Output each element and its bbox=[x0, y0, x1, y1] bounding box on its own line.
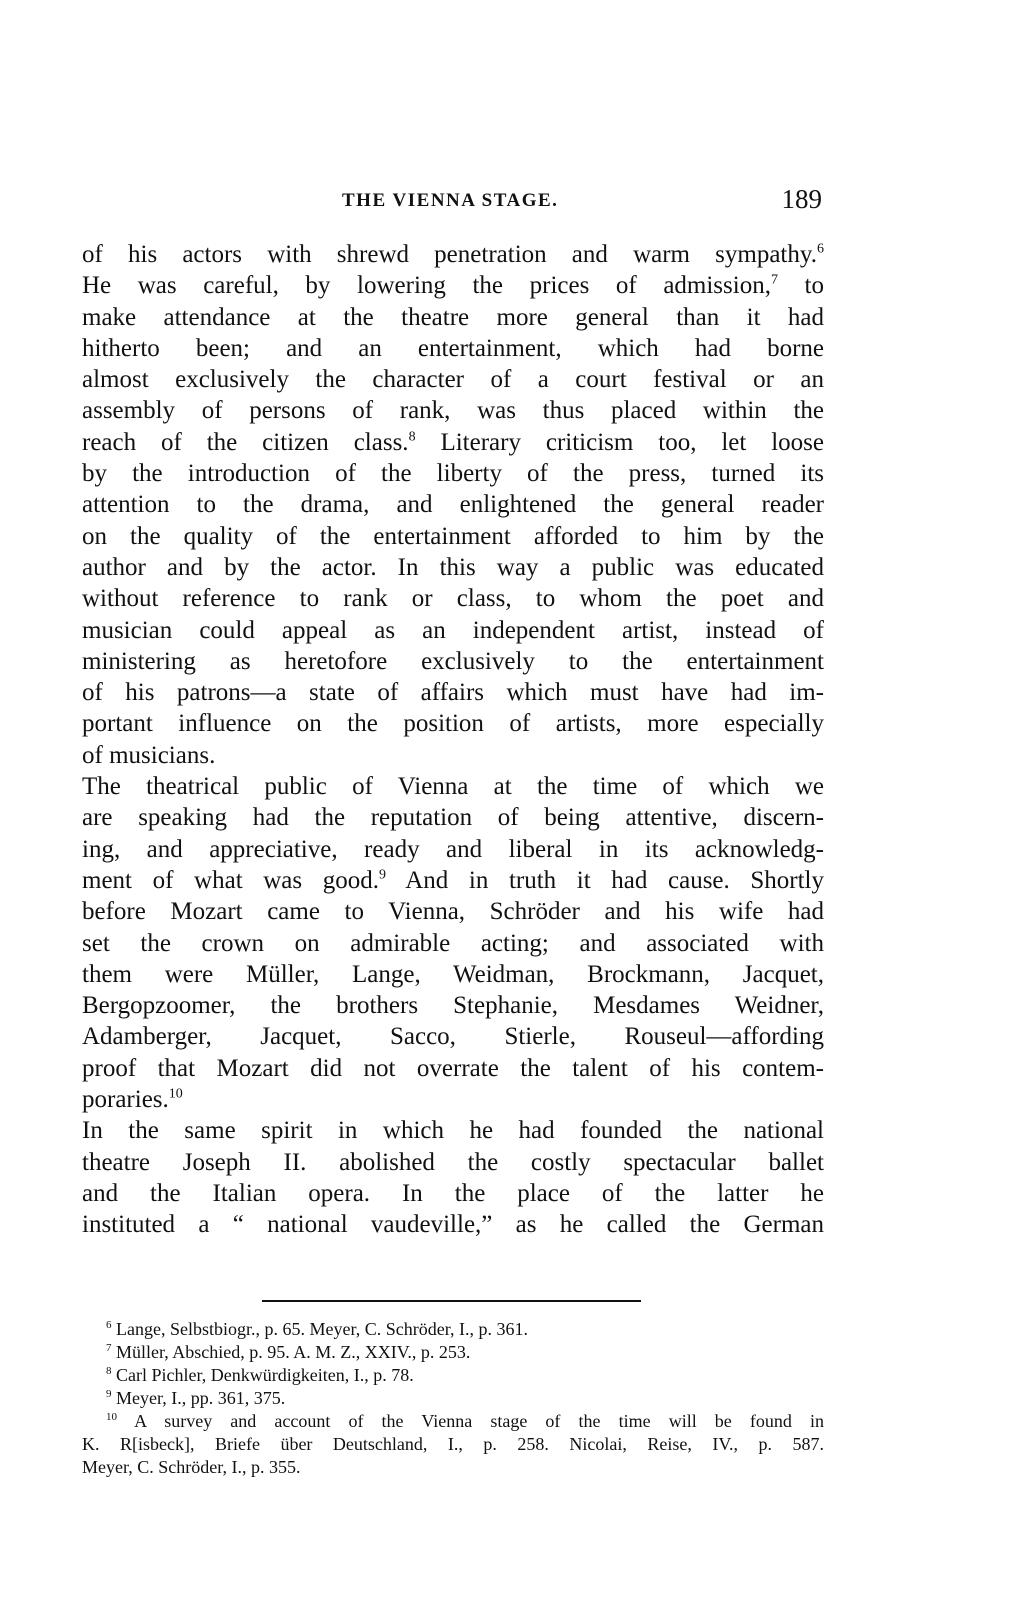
footnote-10-continuation: Meyer, C. Schröder, I., p. 355. bbox=[82, 1456, 824, 1479]
text-line: theatre Joseph II. abolished the costly … bbox=[82, 1147, 824, 1178]
text-line: them were Müller, Lange, Weidman, Brockm… bbox=[82, 959, 824, 990]
text-line: almost exclusively the character of a co… bbox=[82, 364, 824, 395]
book-page: THE VIENNA STAGE. 189 of his actors with… bbox=[0, 0, 1035, 1600]
text-line: Adamberger, Jacquet, Sacco, Stierle, Rou… bbox=[82, 1021, 824, 1052]
footnote-ref[interactable]: 7 bbox=[771, 273, 778, 288]
footnote-number: 6 bbox=[106, 1319, 112, 1331]
body-text: of his actors with shrewd penetration an… bbox=[82, 239, 824, 1241]
footnote-ref[interactable]: 8 bbox=[409, 429, 416, 444]
text-line: hitherto been; and an entertainment, whi… bbox=[82, 333, 824, 364]
footnote-number: 10 bbox=[106, 1411, 117, 1423]
text-line: The theatrical public of Vienna at the t… bbox=[82, 771, 824, 802]
footnote-8: 8 Carl Pichler, Denkwürdigkeiten, I., p.… bbox=[82, 1364, 824, 1387]
text-line: without reference to rank or class, to w… bbox=[82, 583, 824, 614]
page-number: 189 bbox=[782, 184, 823, 215]
text-line: proof that Mozart did not overrate the t… bbox=[82, 1053, 824, 1084]
text-line: of his actors with shrewd penetration an… bbox=[82, 239, 824, 270]
footnote-9: 9 Meyer, I., pp. 361, 375. bbox=[82, 1387, 824, 1410]
running-head: THE VIENNA STAGE. 189 bbox=[82, 190, 822, 220]
text-line: assembly of persons of rank, was thus pl… bbox=[82, 395, 824, 426]
footnote-divider bbox=[262, 1300, 641, 1302]
footnote-ref[interactable]: 9 bbox=[379, 868, 386, 883]
text-line: on the quality of the entertainment affo… bbox=[82, 521, 824, 552]
footnote-10-continuation: K. R[isbeck], Briefe über Deutschland, I… bbox=[82, 1433, 824, 1456]
footnote-10: 10 A survey and account of the Vienna st… bbox=[82, 1410, 824, 1433]
text-line: set the crown on admirable acting; and a… bbox=[82, 928, 824, 959]
text-line: portant influence on the position of art… bbox=[82, 708, 824, 739]
text-line: by the introduction of the liberty of th… bbox=[82, 458, 824, 489]
text-line: Bergopzoomer, the brothers Stephanie, Me… bbox=[82, 990, 824, 1021]
footnote-6: 6 Lange, Selbstbiogr., p. 65. Meyer, C. … bbox=[82, 1318, 824, 1341]
text-line: In the same spirit in which he had found… bbox=[82, 1115, 824, 1146]
text-line: ing, and appreciative, ready and liberal… bbox=[82, 834, 824, 865]
footnotes: 6 Lange, Selbstbiogr., p. 65. Meyer, C. … bbox=[82, 1318, 824, 1479]
text-line: instituted a “ national vaudeville,” as … bbox=[82, 1209, 824, 1240]
text-line: attention to the drama, and enlightened … bbox=[82, 489, 824, 520]
text-line: are speaking had the reputation of being… bbox=[82, 802, 824, 833]
text-line: reach of the citizen class.8 Literary cr… bbox=[82, 427, 824, 458]
text-line: ministering as heretofore exclusively to… bbox=[82, 646, 824, 677]
footnote-number: 8 bbox=[106, 1365, 112, 1377]
text-line: poraries.10 bbox=[82, 1084, 824, 1115]
text-line: and the Italian opera. In the place of t… bbox=[82, 1178, 824, 1209]
text-line: author and by the actor. In this way a p… bbox=[82, 552, 824, 583]
footnote-7: 7 Müller, Abschied, p. 95. A. M. Z., XXI… bbox=[82, 1341, 824, 1364]
text-line: of musicians. bbox=[82, 740, 824, 771]
running-title: THE VIENNA STAGE. bbox=[342, 190, 558, 212]
text-line: of his patrons—a state of affairs which … bbox=[82, 677, 824, 708]
footnote-number: 7 bbox=[106, 1342, 112, 1354]
footnote-number: 9 bbox=[106, 1388, 112, 1400]
text-line: ment of what was good.9 And in truth it … bbox=[82, 865, 824, 896]
text-line: He was careful, by lowering the prices o… bbox=[82, 270, 824, 301]
footnote-ref[interactable]: 6 bbox=[817, 242, 824, 257]
text-line: musician could appeal as an independent … bbox=[82, 615, 824, 646]
footnote-ref[interactable]: 10 bbox=[169, 1087, 183, 1102]
text-line: make attendance at the theatre more gene… bbox=[82, 302, 824, 333]
text-line: before Mozart came to Vienna, Schröder a… bbox=[82, 896, 824, 927]
